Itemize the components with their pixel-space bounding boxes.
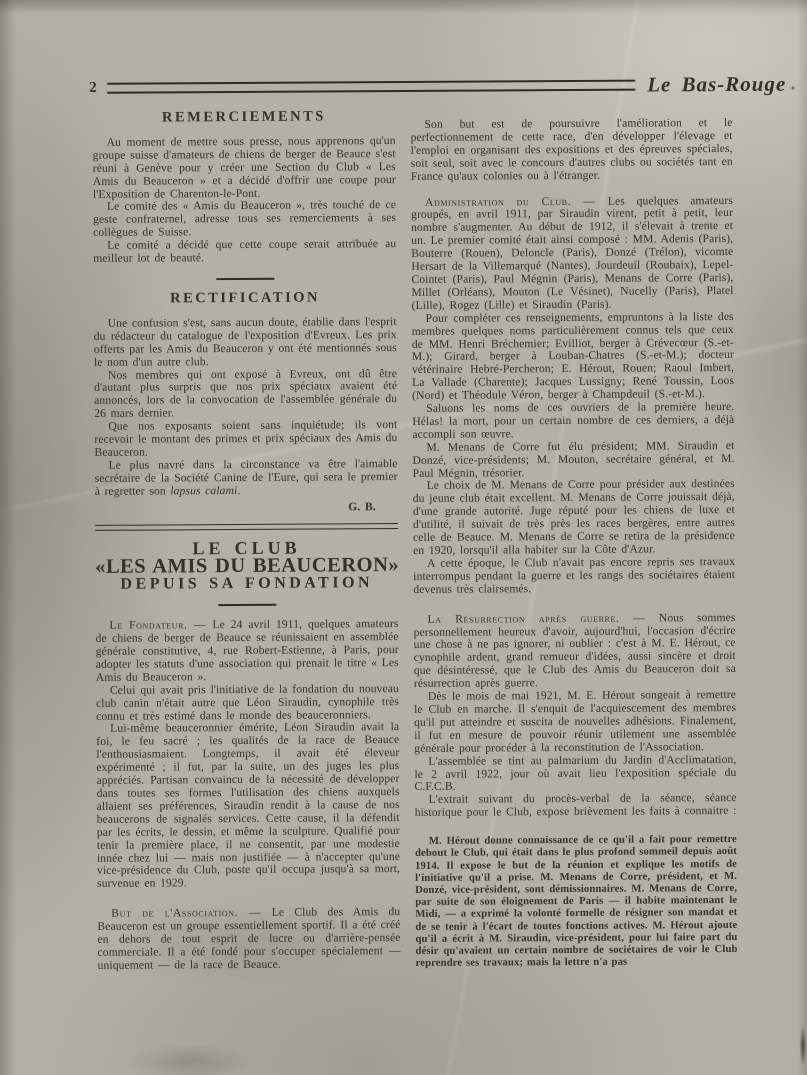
column-divider-rule (95, 524, 398, 532)
paragraph: Dès le mois de mai 1921, M. E. Hérout so… (414, 689, 736, 755)
paragraph: La Résurrection après guerre. — Nous som… (413, 612, 735, 691)
paragraph: Administration du Club. — Les quelques a… (411, 195, 734, 313)
paragraph: Son but est de poursuivre l'amélioration… (410, 117, 732, 183)
page-sheet: 2 Le Bas-Rouge REMERCIEMENTS Au moment d… (0, 0, 807, 1075)
paragraph-lead: But de l'Association. — (111, 906, 271, 920)
italic-phrase: lapsus calami (170, 484, 237, 497)
paragraph-text: L'assemblée se tint au palmarium du Jard… (414, 753, 736, 794)
paragraph: M. Menans de Corre fut élu président; MM… (412, 440, 734, 481)
paragraph-lead: Administration du Club. — (425, 194, 608, 208)
paragraph-text: Le choix de M. Menans de Corre pour prés… (413, 477, 735, 556)
paragraph-text: Celui qui avait pris l'initiative de la … (96, 682, 399, 723)
paragraph: A cette époque, le Club n'avait pas enco… (413, 556, 735, 597)
paragraph: Que nos exposants soient sans inquiétude… (94, 419, 397, 460)
paragraph: Le choix de M. Menans de Corre pour prés… (413, 478, 735, 557)
section-heading-rectification: RECTIFICATION (93, 291, 396, 306)
paragraph-text: Lui-même beauceronnier émérite, Léon Sir… (96, 720, 400, 890)
paragraph: Celui qui avait pris l'initiative de la … (96, 683, 399, 724)
left-column: REMERCIEMENTS Au moment de mettre sous p… (92, 106, 400, 973)
section-divider (216, 278, 274, 280)
paragraph: Lui-même beauceronnier émérite, Léon Sir… (96, 721, 400, 891)
paragraph-lead: Le Fondateur. — (109, 618, 212, 632)
paragraph: Le comité des « Amis du Beauceron », trè… (93, 199, 396, 240)
masthead-title: Le Bas-Rouge (647, 72, 786, 98)
paragraph-text: . (237, 484, 240, 497)
header-rule (107, 80, 635, 94)
paragraph: Nos membres qui ont exposé à Evreux, ont… (94, 368, 397, 421)
scanned-newspaper-page: 2 Le Bas-Rouge REMERCIEMENTS Au moment d… (0, 0, 807, 1075)
paragraph-text: Pour compléter ces renseignements, empru… (412, 310, 734, 402)
paragraph: Pour compléter ces renseignements, empru… (412, 311, 735, 403)
page-number: 2 (89, 80, 97, 97)
author-initials: G. B. (95, 501, 398, 516)
paragraph-text: Saluons les noms de ces ouvriers de la p… (412, 400, 734, 441)
article-title-line2: «LES AMIS DU BEAUCERON» (95, 559, 398, 574)
paragraph-text: M. Menans de Corre fut élu président; MM… (412, 439, 734, 480)
paragraph-text: Dès le mois de mai 1921, M. E. Hérout so… (414, 688, 736, 755)
paragraph-text: Le plus navré dans la circonstance va êt… (95, 457, 398, 498)
paragraph: Le Fondateur. — Le 24 avril 1911, quelqu… (95, 618, 398, 684)
right-column: Son but est de poursuivre l'amélioration… (410, 117, 737, 969)
paragraph: Une confusion s'est, sans aucun doute, é… (94, 316, 397, 369)
paragraph-text: L'extrait suivant du procès-verbal de la… (415, 791, 737, 819)
page-header: 2 Le Bas-Rouge (89, 72, 786, 101)
paragraph: But de l'Association. — Le Club des Amis… (97, 906, 400, 972)
paragraph: Le comité a décidé que cette coupe serai… (93, 238, 396, 266)
paragraph-text: A cette époque, le Club n'avait pas enco… (413, 555, 735, 596)
minutes-extract-paragraph: M. Hérout donne connaissance de ce qu'il… (415, 833, 738, 969)
paragraph: L'assemblée se tint au palmarium du Jard… (414, 754, 736, 795)
paragraph: Saluons les noms de ces ouvriers de la p… (412, 401, 734, 442)
article-title-line3: DEPUIS SA FONDATION (95, 577, 398, 592)
paragraph-text: Son but est de poursuivre l'amélioration… (411, 116, 733, 183)
title-divider (218, 604, 276, 606)
paragraph: Au moment de mettre sous presse, nous ap… (93, 135, 396, 201)
paragraph: Le plus navré dans la circonstance va êt… (95, 458, 398, 499)
paragraph: L'extrait suivant du procès-verbal de la… (415, 792, 737, 820)
paragraph-text: Les quelques amateurs groupés, en avril … (411, 194, 734, 312)
section-heading-remerciements: REMERCIEMENTS (92, 110, 395, 125)
